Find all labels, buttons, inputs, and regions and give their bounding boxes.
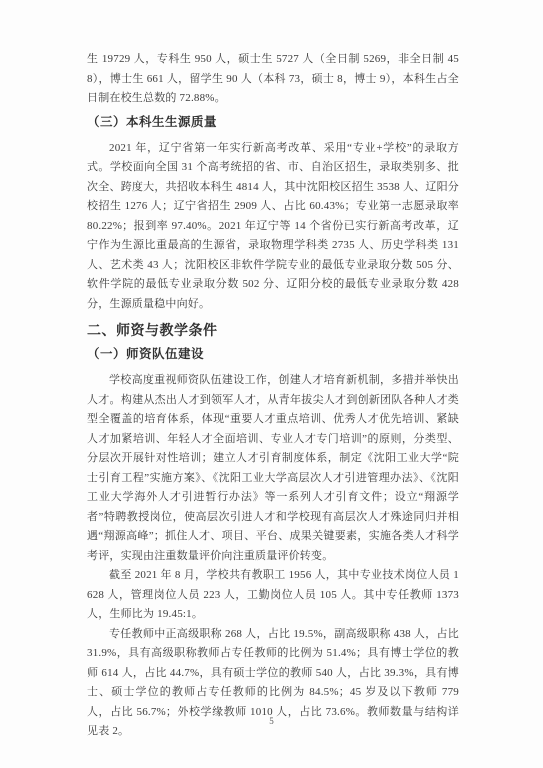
paragraph-admissions-2021: 2021 年，辽宁省第一年实行新高考改革、采用“专业+学校”的录取方式。学校面向…	[87, 139, 459, 315]
paragraph-enrollment-continued: 生 19729 人，专科生 950 人，硕士生 5727 人（全日制 5269，…	[87, 50, 459, 109]
document-page: 生 19729 人，专科生 950 人，硕士生 5727 人（全日制 5269，…	[0, 0, 543, 768]
paragraph-staff-statistics: 截至 2021 年 8 月，学校共有教职工 1956 人，其中专业技术岗位人员 …	[87, 566, 459, 625]
heading-section-1-faculty-team-building: （一）师资队伍建设	[87, 346, 459, 363]
heading-chapter-2-faculty-and-teaching-conditions: 二、师资与教学条件	[87, 321, 459, 340]
heading-section-3-undergraduate-source-quality: （三）本科生生源质量	[87, 114, 459, 131]
paragraph-faculty-development: 学校高度重视师资队伍建设工作，创建人才培育新机制，多措并举快出人才。构建从杰出人…	[87, 371, 459, 566]
page-number: 5	[0, 716, 543, 726]
page-content: 生 19729 人，专科生 950 人，硕士生 5727 人（全日制 5269，…	[87, 50, 459, 742]
